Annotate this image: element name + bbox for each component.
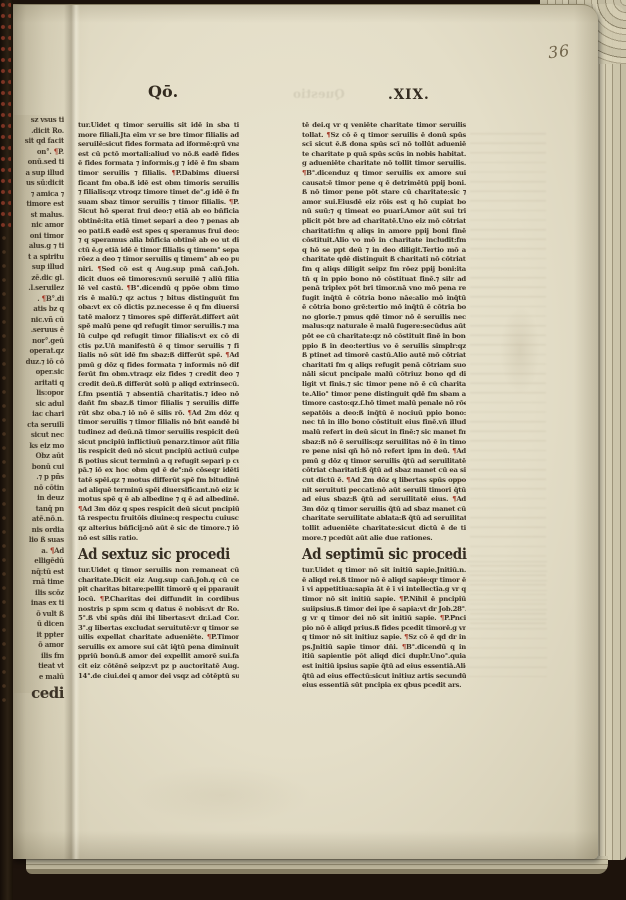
header-showthrough-text: Questio [293,87,345,101]
text-line: ferūt fm obm.vtraqz eiz fides ⁊ credit d… [78,370,239,380]
pilcrow-rubric: ¶ [452,495,456,503]
text-line: ctū ē.g etiā idē ē timor filialis q time… [78,246,239,256]
text-line: a sup illud [14,168,64,179]
pilcrow-rubric: ¶ [404,633,408,641]
text-line: malus:qz naturale ē malū fugere:secūdus … [302,322,466,332]
text-line: sbaz:ß nō ē seruilis:qz seruilitas nō ē … [302,438,466,448]
pilcrow-rubric: ¶ [440,614,444,622]
text-line: cut dictū ē. ¶Ad 2m dōz q libertas spūs … [302,476,466,486]
text-line: ctis pz.Uñ manifestū ē q timor seruilis … [78,342,239,352]
text-line: charitate qdē distinguit ß charitati nō … [302,255,466,265]
text-line: nic amor [14,220,64,231]
text-line: alus.g ⁊ ti [14,241,64,252]
text-line: no glorie.⁊ pmus qdē timor nō ē seruilis… [302,313,466,323]
text-line: ⁊ filialis:qz vtroqz timore timet de°.g … [78,188,239,198]
pilcrow-rubric: ¶ [229,198,233,206]
text-line: sicut nec [14,430,64,441]
text-line: tollit adueniēte charitate:sicut dictū ē… [302,524,466,534]
text-line: cōstituit.Alio vo mō in charitate includ… [302,236,466,246]
text-line: rōez a deo ⁊ timor seruilis q timem° ab … [78,255,239,265]
text-line: Sicut hō sperat frui deo:⁊ etiā ab eo bñ… [78,207,239,217]
text-line: inas ex ti [14,598,64,609]
verso-heading-fragment: cedi [14,683,64,703]
text-line: elligēdū [14,556,64,567]
text-line: it ppter [14,630,64,641]
text-line: t a spiritu [14,252,64,263]
text-line: charitati:fm q aliqs in amore ppij boni … [302,227,466,237]
text-line: ilis scōz [14,588,64,599]
text-line: motus spē q ē ab albedine ⁊ q ē ad albed… [78,495,239,505]
text-line: ē cōtria bono grē:tertio mō inq̄tū ē cōt… [302,303,466,313]
column-text-block: tur.Uidet q timor seruilis non remaneat … [78,566,239,681]
text-line: timore casto:qz.ſ.hō timet malū penale n… [302,399,466,409]
article-heading-sextum: Ad sextuz sic procedi [78,545,228,564]
text-line: est initiū ipsius sapīe q̄tū ad eius ess… [302,662,466,672]
text-line: pōt ee cū charitate:qz nō cōstituit finē… [302,332,466,342]
text-line: e malū [14,672,64,683]
text-line: lio ß suas [14,535,64,546]
pilcrow-rubric: ¶ [97,265,101,273]
text-line: nō cōtin [14,483,64,494]
pilcrow-rubric: ¶ [171,169,175,177]
spine-marbled-edge [0,0,11,232]
column-text-block: tur.Uidet q timor seruilis sit idē in sb… [78,121,239,543]
text-line: scī sicut ē.ß dona spūs scī nō tollūt ad… [302,140,466,150]
text-line: tatē malorz ⁊ timores spē differāt.diffe… [78,313,239,323]
text-line: in deuz [14,493,64,504]
text-line: pā.⁊ iō ex hoc obm qd ē de°:nō cōseqr id… [78,466,239,476]
pilcrow-rubric: ¶ [50,546,54,555]
text-line: dicit duos eē timores:vnū seruilē ⁊ aliū… [78,275,239,285]
text-line: tollat. ¶Sz cō ē q timor seruilis ē donū… [302,131,466,141]
column-text-block: tē dei.q vr q veniēte charitate timor se… [302,121,466,543]
text-line: g adueniēte charitate nō tollit timor se… [302,159,466,169]
book-spine [0,0,13,900]
text-line: eius essentiā sūt pncipia ex qbus pcedit… [302,681,466,691]
text-line: dañt fm sbaz.ß timor filialis ⁊ seruilis… [78,399,239,409]
ink-bleedthrough-lower [467,561,547,677]
text-line: nor°.geū [14,336,64,347]
text-line: duz.⁊ iō cō [14,357,64,368]
text-line: nis ordia [14,525,64,536]
pilcrow-rubric: ¶ [399,595,403,603]
text-line: bonū cui [14,462,64,473]
text-line: te charitate p quā spūs scūs in nobis ha… [302,150,466,160]
pilcrow-rubric: ¶ [326,131,330,139]
pilcrow-rubric: ¶ [78,505,82,513]
text-line: us sū:dicit [14,178,64,189]
text-line: fugit inq̄tū ē cōtria bono nāe:alio mō i… [302,294,466,304]
text-line: oni timor [14,231,64,242]
text-line: oper.sic [14,367,64,378]
paper-stain [132,765,312,825]
text-line: tudinez ad deū.nā timor seruilis respici… [78,428,239,438]
text-line: q timor nō sit initiuz sapie. ¶Sz cō ē q… [302,633,466,643]
text-line: charitati fm q aliqs refugit penā cōtria… [302,361,466,371]
text-line: fm q aliqs diligit seipz fm rōez ppij bo… [302,265,466,275]
book-page: sz vsus ti.dicit Ro.sit qd faciton°. ¶P.… [12,4,598,859]
text-line: rūt sbz oba.⁊ iō nō ē silis rō. ¶Ad 2m d… [78,409,239,419]
pilcrow-rubric: ¶ [207,633,211,641]
text-column-right: tē dei.q vr q veniēte charitate timor se… [302,121,466,691]
text-line: tieat vt [14,661,64,672]
text-line: pmū g dōz q fides formata ⁊ informis nō … [78,361,239,371]
pilcrow-rubric: ¶ [302,169,306,177]
text-line: nic.vñ cū [14,315,64,326]
text-line: ⁊ q speramus alia bñficia obtinē ab eo u… [78,236,239,246]
text-line: itiū sapientie pōt aliqd dici duplr.Uno°… [302,652,466,662]
text-line: penā triplex pōt bri timor.nā vno mō pen… [302,284,466,294]
text-line: charitate seruilitate ablata:ß q̄tū ad s… [302,514,466,524]
text-line: tanq̄ pn [14,504,64,515]
text-line: Obz aūt [14,451,64,462]
text-line: atis bz q [14,304,64,315]
text-line: ſ.fm psentiā ⁊ absentiā charitatis.⁊ ide… [78,390,239,400]
fore-edge-page-stack [596,4,626,860]
text-line: a. ¶Ad [14,546,64,557]
text-line: operat.qz [14,346,64,357]
pilcrow-rubric: ¶ [452,447,456,455]
text-line: ē fides formata ⁊ informis.g ⁊ idē ē fm … [78,159,239,169]
text-line: .l.seruilez [14,283,64,294]
text-line: eo pati.ß eadē est spes q speramus frui … [78,227,239,237]
text-line: zē.dic gl. [14,273,64,284]
text-line: timor nō sit initiū sapie. ¶P.Nihil ē pn… [302,595,466,605]
text-line: ppio ß in deo:tertius vo ē seruilis simp… [302,342,466,352]
text-line: spē malū pene qd refugit timor seruilis.… [78,322,239,332]
text-line: nō est silis ratio. [78,534,239,544]
text-line: ks eiz mo [14,441,64,452]
text-line: aritati q [14,378,64,389]
text-line: 3m dōz q timor seruilis q̄tū ad sbaz man… [302,505,466,515]
text-line: 3°.g libertas excludat seruitutē:vr q ti… [78,624,239,634]
text-line: timor seruilis ⁊ filialis. ¶P.Dabims diu… [78,169,239,179]
pilcrow-rubric: ¶ [346,476,350,484]
pilcrow-rubric: ¶ [188,409,192,417]
text-line: ps.Jnitiū sapīe timor dñi. ¶B°.dicendū q… [302,643,466,653]
ink-bleedthrough-upper [470,133,546,631]
text-line: amor sui.Eiusdē eiz rōis est q hō cupiat… [302,198,466,208]
text-line: ad aliquē terminū spēi diuersificant.nō … [78,486,239,496]
text-line: ¶Ad 3m dōz q spes respicit deū sicut pnc… [78,505,239,515]
text-line: ilis fm [14,651,64,662]
folio-number-handwritten: 36 [547,42,571,63]
text-column-left: tur.Uidet q timor seruilis sit idē in sb… [78,121,239,681]
text-line: charitate.Dicit eiz Aug.sup cañ.Joh.q cū… [78,576,239,586]
text-line: ¶B°.dicenduz q timor seruilis ex amore s… [302,169,466,179]
text-line: seruilis ex amore sui cāt iq̄tū pena dim… [78,643,239,653]
text-line: pit charitas bitare:pellit timorē q ei p… [78,585,239,595]
text-line: ficant fm oba.ß idē est obm timoris seru… [78,179,239,189]
text-line: atē.nō.n. [14,514,64,525]
text-line: lū culpe qd refugit timor filialis:vt ex… [78,332,239,342]
text-line: tñ q in ppio bono nō cōstituat finē.⁊ si… [302,275,466,285]
text-line: lis respicit deū nō sicut pncipiū actiuū… [78,447,239,457]
text-line: cta seruilī [14,420,64,431]
text-line: nū suū:⁊ q timeat eo puari.Amor aūt sui … [302,207,466,217]
text-line: sz vsus ti [14,115,64,126]
pilcrow-rubric: ¶ [100,595,104,603]
text-line: lis:opor [14,388,64,399]
text-line: ⁊ amica ⁊ [14,189,64,200]
text-line: ß ptinet ad timorē castū.Alio autē mō cō… [302,351,466,361]
pilcrow-rubric: ¶ [42,294,46,303]
pilcrow-rubric: ¶ [225,351,229,359]
text-line: suiipsius.ß timor dei ipe ē sapia:vt dr … [302,605,466,615]
text-line: sic adul [14,399,64,410]
text-line: lē vel castū. ¶B°.dicendū q ppōe obm tim… [78,284,239,294]
text-line: 5°.ß vbi spūs dñi ibi libertas:vt dr.i.a… [78,614,239,624]
text-line: tē dei.q vr q veniēte charitate timor se… [302,121,466,131]
text-line: ū dicen [14,619,64,630]
text-line: tatē spēi.qz ⁊ motus differūt spē fm bit… [78,476,239,486]
text-line: locū. ¶P.Charitas dei diffundit in cordi… [78,595,239,605]
text-line: ō amor [14,640,64,651]
text-line: q hō se ppt deū ⁊ in deo diligit.Tertio … [302,246,466,256]
text-line: plicit pōt bre ad charitatē.Uno eiz mō c… [302,217,466,227]
text-line: on°. ¶P. [14,147,64,158]
text-line: ē aliqd rei.ß timor nō ē aliqd sapie:qr … [302,576,466,586]
text-line: qz alterius bñficij:nō aūt ē sic de timo… [78,524,239,534]
article-heading-septimum: Ad septimū sic procedi [302,545,455,564]
text-line: sepatōis a deo:ß inq̄tū ē nociuū ppio bo… [302,409,466,419]
text-line: sup illud [14,262,64,273]
text-line: iac chari [14,409,64,420]
running-header-question-number: .XIX. [388,87,430,103]
text-line: niri. ¶Sed cō est q Aug.sup pmā cañ.Joh. [78,265,239,275]
text-line: est cū pctō mortali:aliud vo nō.ß eadē f… [78,150,239,160]
text-line: rnā time [14,577,64,588]
text-line: pio nō ē aliqd prius.ß fides pcedit timo… [302,624,466,634]
text-line: onū.sed ti [14,157,64,168]
running-header-question-abbrev: Qō. [148,83,178,101]
pilcrow-rubric: ¶ [54,147,58,156]
text-line: seruilē:sicut fides formata ad iformē:qr… [78,140,239,150]
text-line: obtinē:ita etiā timet separi a deo ⁊ pen… [78,217,239,227]
verso-text-strip: sz vsus ti.dicit Ro.sit qd faciton°. ¶P.… [14,115,64,693]
text-line: .⁊ p pñs [14,472,64,483]
text-line: tur.Uidet q timor nō sit initiū sapie.Jn… [302,566,466,576]
text-line: te.Alio° timor pene distinguit qdē fm sb… [302,390,466,400]
text-line: .dicit Ro. [14,126,64,137]
column-text-block: tur.Uidet q timor nō sit initiū sapie.Jn… [302,566,466,691]
text-line: suam sbaz timor seruilis ⁊ timor filiali… [78,198,239,208]
text-line: ī vi appetitiua:sapīa āt ē ī vi intellec… [302,585,466,595]
text-line: timore est [14,199,64,210]
spine-wear-marks [0,232,11,702]
text-line: re pene nisi qñ hō nō refert ipm in deū.… [302,447,466,457]
text-line: cōtriat charitati:ß q̄tū ad sbaz manet c… [302,466,466,476]
text-line: ppriū bonū.ß amor dei expellit amorē sui… [78,652,239,662]
text-line: nit seruituti peccati:nō aūt seruili tim… [302,486,466,496]
text-line: causat:ē timor pene q ē detrimētū ppij b… [302,179,466,189]
text-line: st malus. [14,210,64,221]
text-line: q̄tū ad eius effectū:sicut initiuz artis… [302,672,466,682]
incunabulum-photo: { "page": { "running_header": { "left": … [0,0,626,900]
text-line: cit eiz cōtēnē seipz:vt pz p auctoritatē… [78,662,239,672]
text-line: ß nō timor pene pōt stare cū charitate:s… [302,188,466,198]
text-line: .seruus ē [14,325,64,336]
text-line: 14°.de ciui.dei q amor dei vsqz ad cōtēp… [78,672,239,682]
text-line: tā respectu fruitōis diuine:q respectu c… [78,514,239,524]
text-line: sicut pncipiū inflictiuū penarz.timor aū… [78,438,239,448]
text-line: uilis expellat charitate adueniēte. ¶P.T… [78,633,239,643]
text-line: nec tñ in illo bono cōstituit eius finē.… [302,418,466,428]
text-line: malū refert in deū sicut in finē:⁊ sic m… [302,428,466,438]
pilcrow-rubric: ¶ [127,284,131,292]
text-line: lialis nō sūt idē fm sbaz:ß differūt spē… [78,351,239,361]
text-line: ris ē malū.⁊ qz actus ⁊ bitus distinguūt… [78,294,239,304]
text-line: pmū g dōz q timor seruilis q̄tū ad serui… [302,457,466,467]
text-line: ligit vt finis.⁊ sic timor pene nō ē cū … [302,380,466,390]
text-line: tur.Uidet q timor seruilis sit idē in sb… [78,121,239,131]
text-line: nostris p spm scm q datus ē nobis:vt dr … [78,605,239,615]
text-line: timor seruilis ⁊ timor filialis nō bñt e… [78,418,239,428]
text-line: more filiali.Jta eīm vr se bre timor fil… [78,131,239,141]
text-line: sit qd facit [14,136,64,147]
text-line: nq̄:tū est [14,567,64,578]
pilcrow-rubric: ¶ [402,643,406,651]
text-line: g vr q timor dei nō sit initiū sapie. ¶P… [302,614,466,624]
text-line: nāli sicut pncipale malū cōtriuz bono qd… [302,370,466,380]
text-line: oba:vt ex cō dictis pz.necesse ē q fm di… [78,303,239,313]
text-line: . ¶B°.di [14,294,64,305]
text-line: credit deū.ß differūt solū p aliqd extri… [78,380,239,390]
text-line: ad eius sbaz:ß q̄tū ad seruilitatē eius.… [302,495,466,505]
text-line: more.⁊ pcedūt aūt alie due rationes. [302,534,466,544]
text-line: ß potius sicut terminū a q refugit separ… [78,457,239,467]
text-line: ō vult ß [14,609,64,620]
text-line: tur.Uidet q timor seruilis non remaneat … [78,566,239,576]
